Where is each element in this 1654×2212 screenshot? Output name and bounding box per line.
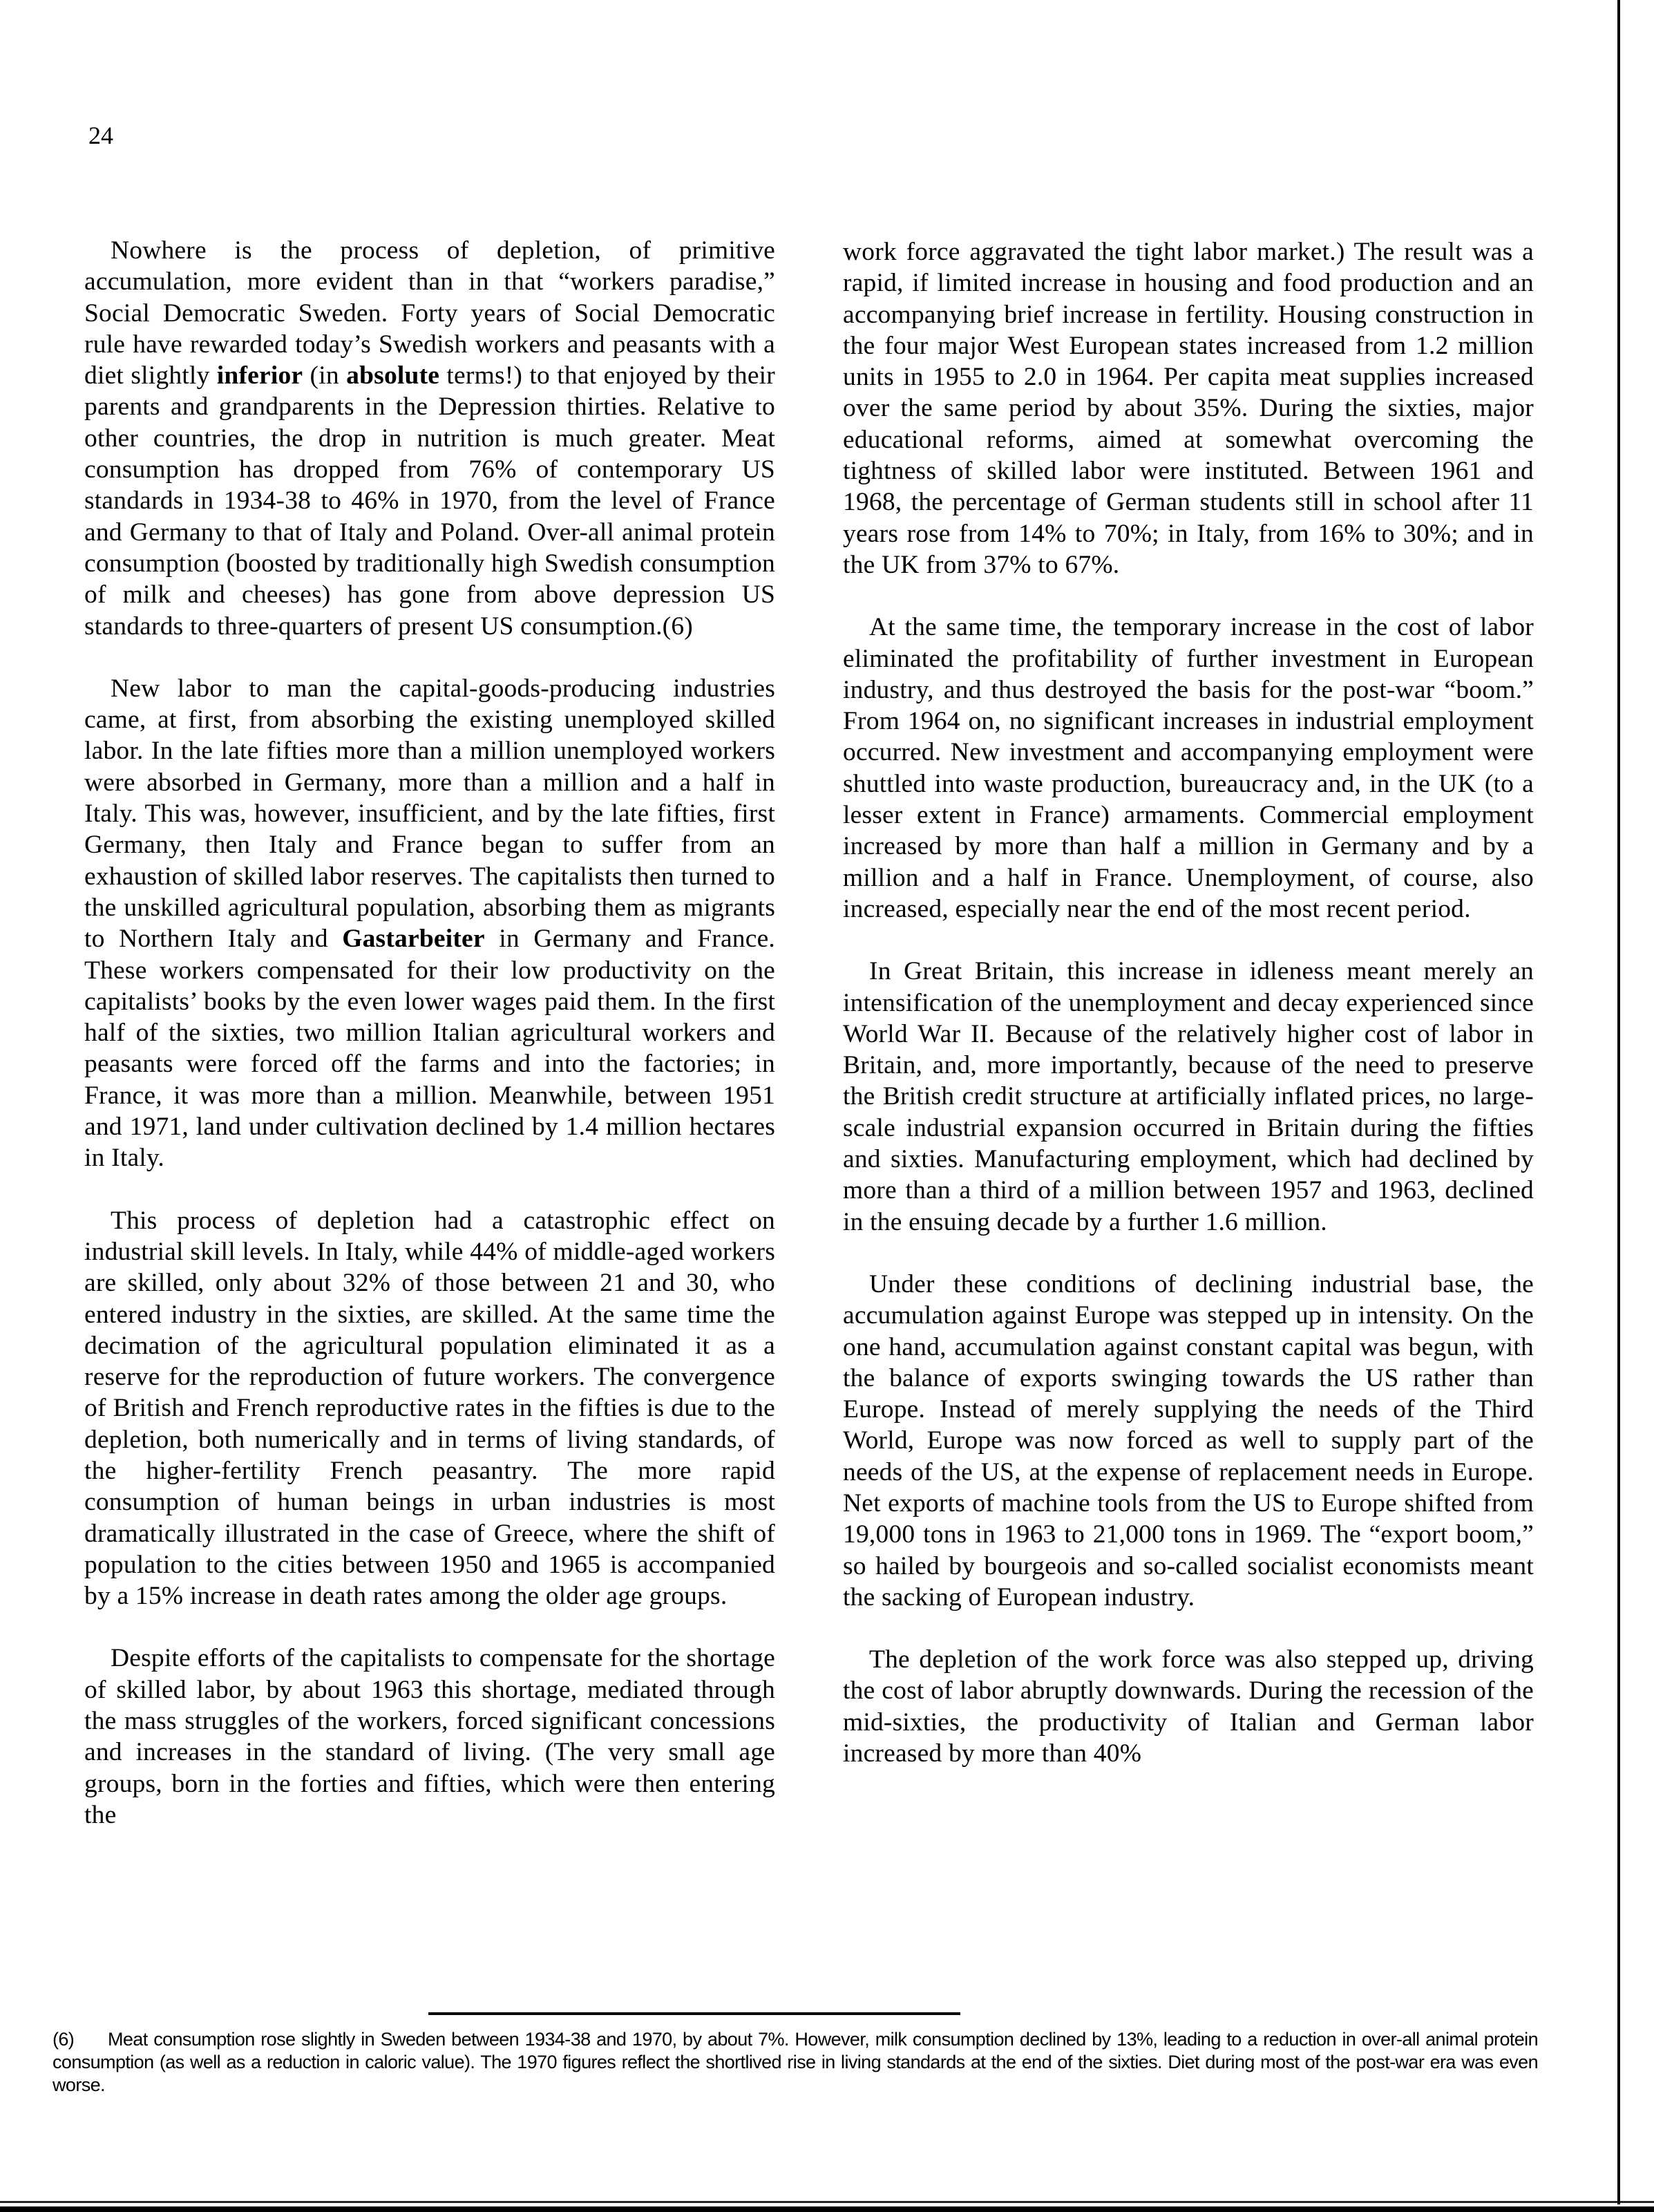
page-right-edge-line [1617, 0, 1620, 2204]
text: terms!) to that enjoyed by their parents… [84, 361, 775, 640]
paragraph-declining-base: Under these conditions of declining indu… [843, 1269, 1534, 1613]
footnote-divider [428, 2012, 960, 2015]
paragraph-continued-workforce: work force aggravated the tight labor ma… [843, 236, 1534, 580]
footnote-text: Meat consumption rose slightly in Sweden… [53, 2029, 1538, 2095]
emphasis-gastarbeiter: Gastarbeiter [342, 925, 485, 953]
page-bottom-edge-line [0, 2201, 1654, 2203]
page-number: 24 [88, 122, 113, 149]
emphasis-absolute: absolute [346, 361, 439, 390]
paragraph-shortage: Despite efforts of the capitalists to co… [84, 1643, 775, 1831]
footnote-marker: (6) [53, 2028, 108, 2051]
paragraph-cost-of-labor: At the same time, the temporary increase… [843, 612, 1534, 925]
paragraph-sweden-nutrition: Nowhere is the process of depletion, of … [84, 235, 775, 642]
left-column: Nowhere is the process of depletion, of … [84, 235, 775, 1862]
paragraph-great-britain: In Great Britain, this increase in idlen… [843, 956, 1534, 1238]
paragraph-new-labor: New labor to man the capital-goods-produ… [84, 673, 775, 1174]
page-bottom-edge-band [0, 2206, 1654, 2212]
paragraph-skill-levels: This process of depletion had a catastro… [84, 1205, 775, 1612]
footnote: (6)Meat consumption rose slightly in Swe… [53, 2028, 1538, 2097]
emphasis-inferior: inferior [217, 361, 303, 390]
text: (in [303, 361, 346, 390]
right-column: work force aggravated the tight labor ma… [843, 236, 1534, 1800]
paragraph-depletion-stepped-up: The depletion of the work force was also… [843, 1644, 1534, 1769]
text: New labor to man the capital-goods-produ… [84, 674, 775, 953]
text: in Germany and France. These workers com… [84, 925, 775, 1172]
